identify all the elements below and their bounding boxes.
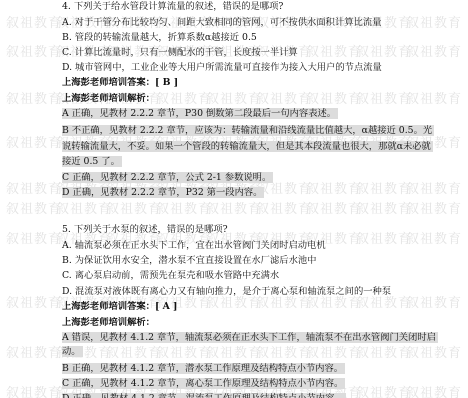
question-5-analysis-d: D 正确，见教材 4.1.2 章节，混流泵工作原理及结构特点小节内容。 xyxy=(62,393,346,398)
question-4-analysis-b-1: B 不正确，见教材 2.2.2 章节，应该为：转输流量和沿线流量比值越大，α越接… xyxy=(62,125,434,136)
question-4-analysis-d: D 正确，见教材 2.2.2 章节，P32 第一段内容。 xyxy=(62,187,264,198)
question-4-option-d: D. 城市管网中，工业企业等大用户所需流量可直接作为接入大用户的节点流量 xyxy=(62,62,382,74)
question-4-analysis-label: 上海彭老师培训解析： xyxy=(62,93,155,105)
question-4-analysis-b-2: 说转输流量大，不妥。如果一个管段的转输流量大，但是其本段流量也很大，那就α未必就 xyxy=(62,141,433,152)
question-5-option-a: A. 轴流泵必须在正水头下工作，宜在出水管阀门关闭时启动电机 xyxy=(62,240,326,252)
question-5-analysis-b: B 正确，见教材 4.1.2 章节，潜水泵工作原理及结构特点小节内容。 xyxy=(62,363,345,374)
question-5-stem: 5. 下列关于水泵的叙述，错误的是哪项? xyxy=(62,224,228,236)
question-5-answer: 上海彭老师培训答案：[ A ] xyxy=(62,301,177,313)
question-5-option-b: B. 为保证饮用水安全，潜水泵不宜直接设置在水厂滤后水池中 xyxy=(62,255,316,267)
question-text: 下列关于水泵的叙述，错误的是哪项? xyxy=(74,224,228,235)
question-4-option-a: A. 对于干管分布比较均匀、间距大致相同的管网，可不按供水面积计算比流量 xyxy=(62,17,381,29)
question-number: 5. xyxy=(62,224,71,235)
question-4-stem: 4. 下列关于给水管段计算流量的叙述，错误的是哪项? xyxy=(62,1,283,13)
question-4-analysis-a: A 正确，见教材 2.2.2 章节，P30 倒数第二段最后一句内容表述。 xyxy=(62,108,338,119)
question-4-analysis-b-3: 接近 0.5 了。 xyxy=(62,156,122,167)
question-text: 下列关于给水管段计算流量的叙述，错误的是哪项? xyxy=(74,1,284,12)
question-4-option-b: B. 管段的转输流量越大，折算系数α越接近 0.5 xyxy=(62,32,257,44)
question-4-analysis-c: C 正确，见教材 2.2.2 章节，公式 2-1 参数说明。 xyxy=(62,172,273,183)
watermark-row: 叙祖教育叙祖教育叙祖教育叙祖教育叙祖教育叙祖教育叙祖教育叙祖教育叙祖教育 xyxy=(6,198,456,217)
question-5-analysis-a-1: A 错误，见教材 4.1.2 章节，轴流泵必须在正水头下工作，轴流泵不在出水管阀… xyxy=(62,332,438,343)
question-4-option-c: C. 计算比流量时，只有一侧配水的干管，长度按一半计算 xyxy=(62,47,298,59)
question-5-option-c: C. 离心泵启动前，需预先在泵壳和吸水管路中充满水 xyxy=(62,270,279,282)
question-5-option-d: D. 混流泵对液体既有离心力又有轴向推力，是介于离心泵和轴流泵之间的一种泵 xyxy=(62,286,391,298)
question-4-answer: 上海彭老师培训答案：[ B ] xyxy=(62,77,178,89)
question-5-analysis-label: 上海彭老师培训解析： xyxy=(62,317,155,329)
question-5-analysis-c: C 正确，见教材 4.1.2 章节，离心泵工作原理及结构特点小节内容。 xyxy=(62,378,345,389)
question-5-analysis-a-2: 动。 xyxy=(62,346,83,357)
question-number: 4. xyxy=(62,1,71,12)
